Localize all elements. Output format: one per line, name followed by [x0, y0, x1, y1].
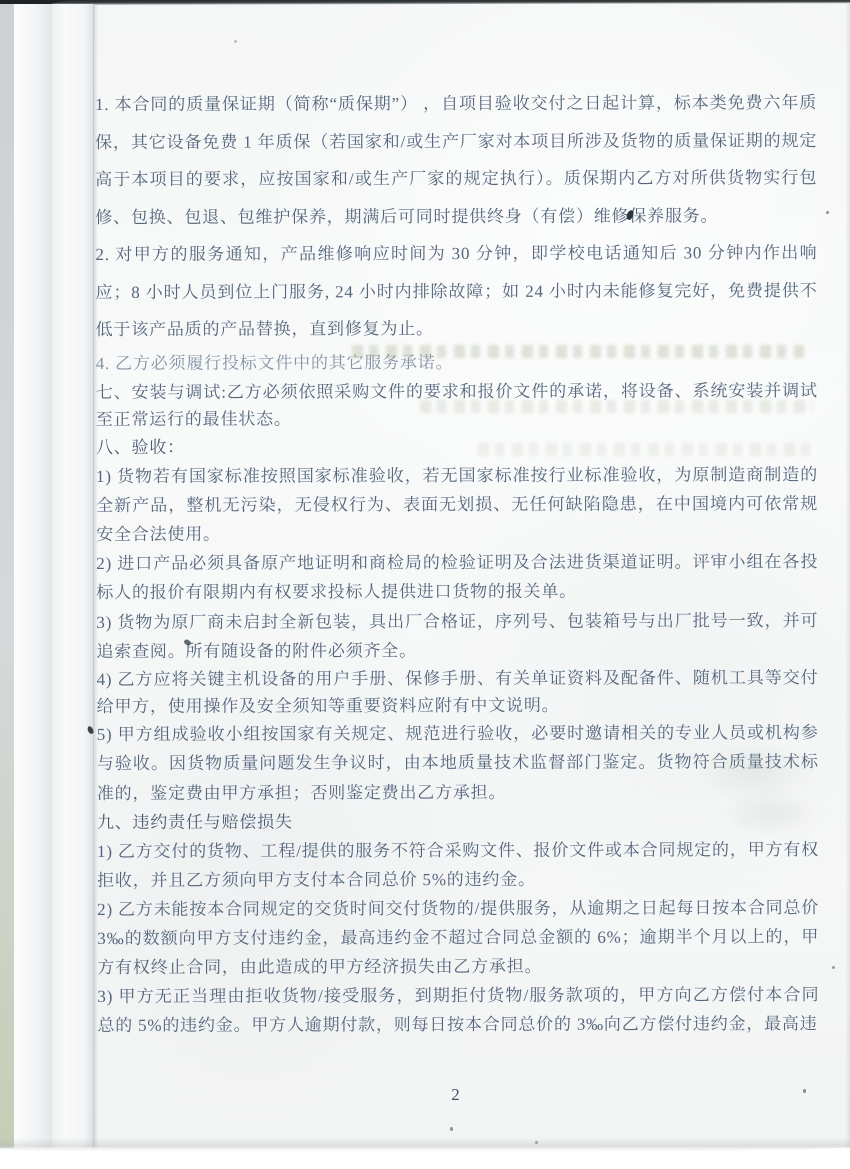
left-fold-band: [14, 4, 52, 1148]
contract-paragraph: 2. 对甲方的服务通知，产品维修响应时间为 30 分钟，即学校电话通知后 30 …: [95, 234, 817, 348]
contract-paragraph: 1. 本合同的质量保证期（简称“质保期”） ，自项目验收交付之日起计算，标本类免…: [95, 84, 817, 236]
scanned-contract-page: 1. 本合同的质量保证期（简称“质保期”） ，自项目验收交付之日起计算，标本类免…: [0, 0, 850, 1169]
contract-paragraph: 4. 乙方必须履行投标文件中的其它服务承诺。: [96, 347, 818, 379]
contract-section-heading: 九、违约责任与赔偿损失: [97, 806, 819, 837]
page-number: 2: [95, 1085, 817, 1105]
contract-text-column: 1. 本合同的质量保证期（简称“质保期”） ，自项目验收交付之日起计算，标本类免…: [95, 84, 819, 1040]
contract-section-heading: 八、验收：: [96, 431, 818, 462]
right-page-edge-shadow: [845, 4, 850, 1148]
contract-paragraph: 七、安装与调试:乙方必须依照采购文件的要求和报价文件的承诺，将设备、系统安装并调…: [96, 377, 818, 433]
contract-paragraph: 3) 甲方无正当理由拒收货物/接受服务，到期拒付货物/服务款项的，甲方向乙方偿付…: [97, 980, 819, 1040]
left-page-edge-strip: [0, 4, 14, 1148]
left-fold-band: [52, 4, 94, 1148]
contract-paragraph: 1) 乙方交付的货物、工程/提供的服务不符合采购文件、报价文件或本合同规定的，甲…: [97, 835, 819, 895]
contract-paragraph: 2) 乙方未能按本合同规定的交货时间交付货物的/提供服务，从逾期之日起每日按本合…: [97, 893, 819, 982]
contract-paragraph: 1) 货物若有国家标准按照国家标准验收，若无国家标准按行业标准验收，为原制造商制…: [96, 460, 818, 549]
contract-paragraph: 4) 乙方应将关键主机设备的用户手册、保修手册、有关单证资料及配备件、随机工具等…: [97, 664, 819, 720]
contract-paragraph: 2) 进口产品必须具备原产地证明和商检局的检验证明及合法进货渠道证明。评审小组在…: [96, 547, 818, 608]
contract-paragraph: 3) 货物为原厂商未启封全新包装，具出厂合格证，序列号、包装箱号与出厂批号一致，…: [96, 606, 818, 666]
contract-paragraph: 5) 甲方组成验收小组按国家有关规定、规范进行验收，必要时邀请相关的专业人员或机…: [97, 718, 819, 808]
paper-bottom-edge-shadow: [0, 1138, 850, 1152]
